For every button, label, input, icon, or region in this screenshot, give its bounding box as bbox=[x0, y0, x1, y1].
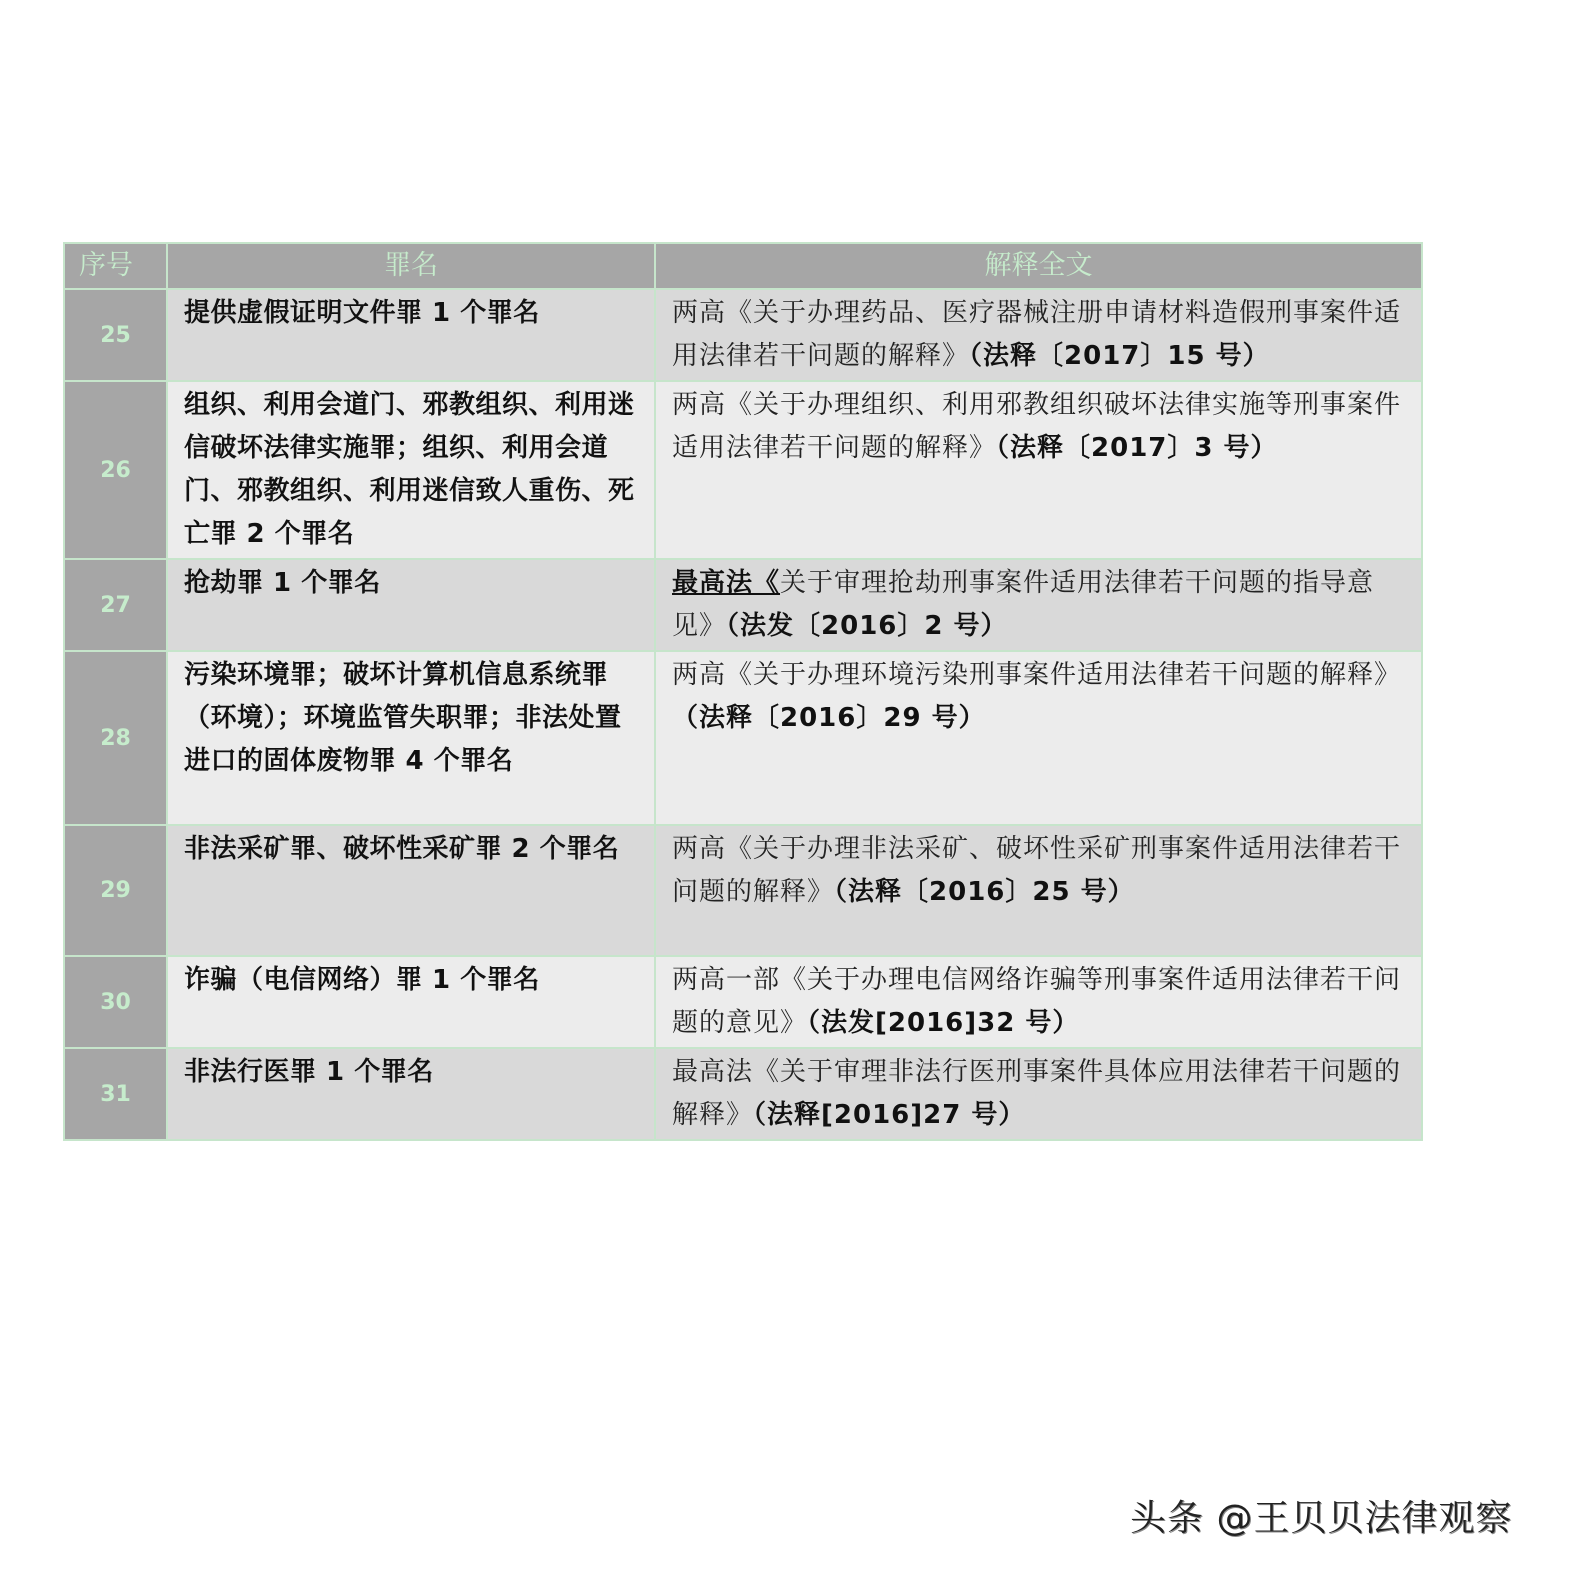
crime-name: 诈骗（电信网络）罪 1 个罪名 bbox=[167, 956, 655, 1048]
crimes-interpretation-table: 序号 罪名 解释全文 25 提供虚假证明文件罪 1 个罪名 两高《关于办理药品、… bbox=[63, 242, 1423, 1141]
document-number: （法释〔2016〕29 号） bbox=[672, 703, 986, 733]
row-number: 30 bbox=[64, 956, 167, 1048]
row-number: 29 bbox=[64, 825, 167, 956]
interpretation-text: 两高《关于办理环境污染刑事案件适用法律若干问题的解释》（法释〔2016〕29 号… bbox=[655, 651, 1422, 825]
table-row: 31 非法行医罪 1 个罪名 最高法《关于审理非法行医刑事案件具体应用法律若干问… bbox=[64, 1048, 1422, 1140]
row-number: 28 bbox=[64, 651, 167, 825]
crime-name: 抢劫罪 1 个罪名 bbox=[167, 559, 655, 651]
issuer-link[interactable]: 最高法《 bbox=[672, 568, 780, 598]
interpretation-text: 最高法《关于审理抢劫刑事案件适用法律若干问题的指导意见》（法发〔2016〕2 号… bbox=[655, 559, 1422, 651]
document-number: （法释〔2016〕25 号） bbox=[834, 877, 1135, 907]
row-number: 25 bbox=[64, 289, 167, 381]
header-serial-number: 序号 bbox=[64, 243, 167, 289]
document-number: （法释[2016]27 号） bbox=[753, 1100, 1025, 1130]
crime-name: 非法采矿罪、破坏性采矿罪 2 个罪名 bbox=[167, 825, 655, 956]
header-crime-name: 罪名 bbox=[167, 243, 655, 289]
interpretation-text: 最高法《关于审理非法行医刑事案件具体应用法律若干问题的解释》（法释[2016]2… bbox=[655, 1048, 1422, 1140]
document-number: （法发〔2016〕2 号） bbox=[726, 611, 1008, 641]
interpretation-text: 两高《关于办理非法采矿、破坏性采矿刑事案件适用法律若干问题的解释》（法释〔201… bbox=[655, 825, 1422, 956]
crime-name: 组织、利用会道门、邪教组织、利用迷信破坏法律实施罪；组织、利用会道门、邪教组织、… bbox=[167, 381, 655, 559]
table-header-row: 序号 罪名 解释全文 bbox=[64, 243, 1422, 289]
table-row: 30 诈骗（电信网络）罪 1 个罪名 两高一部《关于办理电信网络诈骗等刑事案件适… bbox=[64, 956, 1422, 1048]
table-row: 25 提供虚假证明文件罪 1 个罪名 两高《关于办理药品、医疗器械注册申请材料造… bbox=[64, 289, 1422, 381]
crime-name: 非法行医罪 1 个罪名 bbox=[167, 1048, 655, 1140]
interpretation-text: 两高《关于办理药品、医疗器械注册申请材料造假刑事案件适用法律若干问题的解释》（法… bbox=[655, 289, 1422, 381]
row-number: 26 bbox=[64, 381, 167, 559]
row-number: 27 bbox=[64, 559, 167, 651]
crime-name: 污染环境罪；破坏计算机信息系统罪（环境）；环境监管失职罪；非法处置进口的固体废物… bbox=[167, 651, 655, 825]
table-row: 26 组织、利用会道门、邪教组织、利用迷信破坏法律实施罪；组织、利用会道门、邪教… bbox=[64, 381, 1422, 559]
interpretation-text: 两高《关于办理组织、利用邪教组织破坏法律实施等刑事案件适用法律若干问题的解释》（… bbox=[655, 381, 1422, 559]
interpretation-text: 两高一部《关于办理电信网络诈骗等刑事案件适用法律若干问题的意见》（法发[2016… bbox=[655, 956, 1422, 1048]
document-number: （法释〔2017〕3 号） bbox=[996, 433, 1278, 463]
header-interpretation-text: 解释全文 bbox=[655, 243, 1422, 289]
table-row: 29 非法采矿罪、破坏性采矿罪 2 个罪名 两高《关于办理非法采矿、破坏性采矿刑… bbox=[64, 825, 1422, 956]
table-row: 27 抢劫罪 1 个罪名 最高法《关于审理抢劫刑事案件适用法律若干问题的指导意见… bbox=[64, 559, 1422, 651]
watermark: 头条 @王贝贝法律观察 bbox=[1130, 1490, 1512, 1541]
document-number: （法释〔2017〕15 号） bbox=[969, 341, 1270, 371]
interpretation-title: 两高《关于办理环境污染刑事案件适用法律若干问题的解释》 bbox=[672, 660, 1401, 690]
document-number: （法发[2016]32 号） bbox=[807, 1008, 1079, 1038]
crime-name: 提供虚假证明文件罪 1 个罪名 bbox=[167, 289, 655, 381]
row-number: 31 bbox=[64, 1048, 167, 1140]
table-row: 28 污染环境罪；破坏计算机信息系统罪（环境）；环境监管失职罪；非法处置进口的固… bbox=[64, 651, 1422, 825]
